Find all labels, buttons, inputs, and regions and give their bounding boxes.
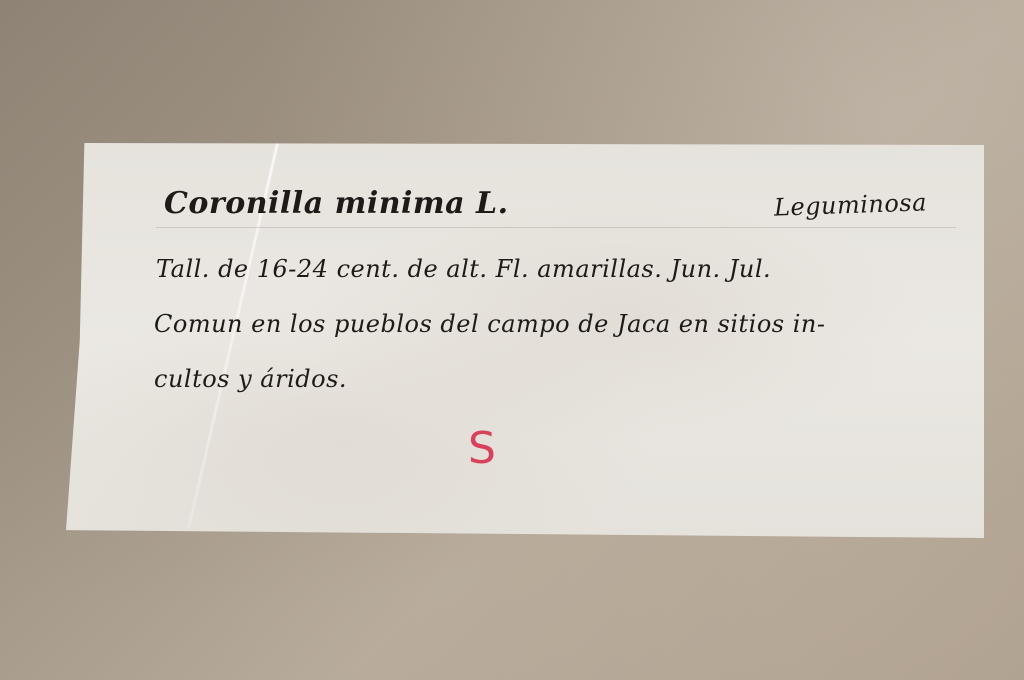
family-name: Leguminosa <box>774 188 928 221</box>
herbarium-label: Coronilla minima L. Leguminosa Tall. de … <box>66 143 984 538</box>
description-line-1: Tall. de 16-24 cent. de alt. Fl. amarill… <box>156 255 771 283</box>
ruled-line <box>156 227 956 228</box>
red-pencil-mark: S <box>468 423 496 474</box>
description-line-2: Comun en los pueblos del campo de Jaca e… <box>154 310 826 338</box>
description-line-3: cultos y áridos. <box>154 365 347 393</box>
species-name: Coronilla minima L. <box>164 186 509 221</box>
